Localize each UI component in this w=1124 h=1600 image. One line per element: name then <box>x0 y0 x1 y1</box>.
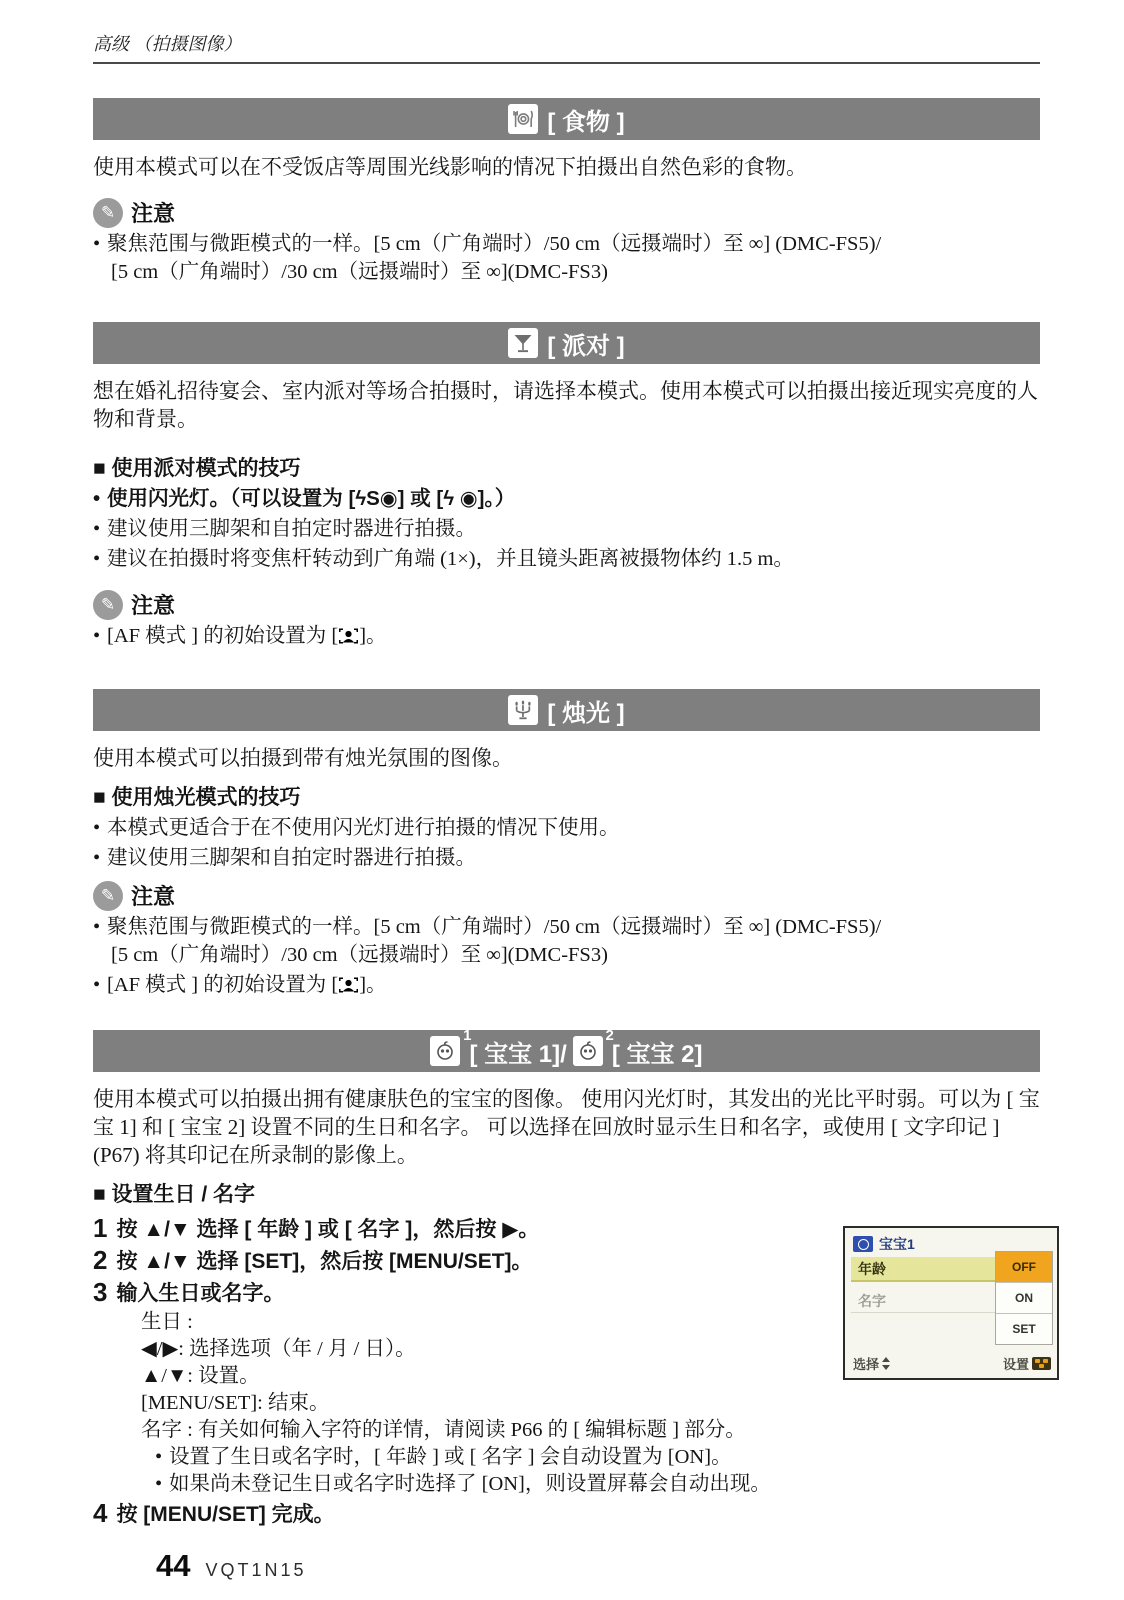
page-header: 高级 （拍摄图像） <box>93 0 1040 56</box>
party-intro: 想在婚礼招待宴会、室内派对等场合拍摄时，请选择本模式。使用本模式可以拍摄出接近现… <box>93 377 1040 433</box>
note-title: 注意 <box>131 589 175 620</box>
note-bullet-af-mode: [AF 模式 ] 的初始设置为 []。 <box>93 971 1040 1002</box>
page-number: 44 <box>156 1548 190 1584</box>
camera-screen-title: 宝宝1 <box>853 1234 915 1254</box>
food-intro: 使用本模式可以在不受饭店等周围光线影响的情况下拍摄出自然色彩的食物。 <box>93 153 1040 181</box>
note-header: ✎ 注意 <box>93 197 1040 228</box>
candle-tip-noflash: 本模式更适合于在不使用闪光灯进行拍摄的情况下使用。 <box>93 814 1040 842</box>
doc-code: VQT1N15 <box>205 1560 306 1581</box>
section-banner-baby: 1 [ 宝宝 1]/ 2 [ 宝宝 2] <box>93 1030 1040 1072</box>
camera-row-name: 名字 <box>851 1289 997 1313</box>
party-tips-title: 使用派对模式的技巧 <box>93 455 1040 483</box>
baby1-icon-small <box>853 1236 873 1252</box>
camera-options-panel: OFF ON SET <box>995 1251 1053 1345</box>
banner-title-baby2: [ 宝宝 2] <box>612 1034 703 1069</box>
section-banner-party: [ 派对 ] <box>93 322 1040 364</box>
set-hint: 设置 <box>1003 1354 1051 1373</box>
menu-set-button-icon <box>1032 1357 1051 1370</box>
party-tip-flash: 使用闪光灯。（可以设置为 [ϟS◉] 或 [ϟ ◉]。） <box>93 485 1040 513</box>
manual-page: 高级 （拍摄图像） [ 食物 ] 使用本模式可以在不受饭店等周围光线影响的情况下… <box>93 0 1040 1584</box>
cocktail-glass-icon <box>508 328 538 358</box>
banner-title-food: [ 食物 ] <box>547 102 624 137</box>
substep-menuset: [MENU/SET]: 结束。 <box>141 1390 1040 1417</box>
face-detection-icon <box>338 974 359 1002</box>
pencil-icon: ✎ <box>93 590 123 620</box>
substep-bullet-auto-on: 设置了生日或名字时，[ 年龄 ] 或 [ 名字 ] 会自动设置为 [ON]。 <box>155 1444 1040 1471</box>
candle-tip-tripod: 建议使用三脚架和自拍定时器进行拍摄。 <box>93 844 1040 872</box>
banner-title-party: [ 派对 ] <box>547 326 624 361</box>
party-tip-zoom: 建议在拍摄时将变焦杆转动到广角端 (1×)，并且镜头距离被摄物体约 1.5 m。 <box>93 545 1040 573</box>
baby1-icon: 1 <box>430 1036 460 1066</box>
fork-plate-knife-icon <box>508 104 538 134</box>
page-footer: 44 VQT1N15 <box>156 1548 1040 1584</box>
camera-row-age: 年龄 <box>851 1257 997 1282</box>
note-title: 注意 <box>131 197 175 228</box>
banner-title-candle: [ 烛光 ] <box>547 693 624 728</box>
option-on: ON <box>996 1282 1052 1313</box>
pencil-icon: ✎ <box>93 881 123 911</box>
select-hint: 选择 <box>853 1354 890 1373</box>
camera-footer: 选择 设置 <box>853 1354 1051 1373</box>
substep-name-note: 名字 : 有关如何输入字符的详情，请阅读 P66 的 [ 编辑标题 ] 部分。 <box>141 1417 1040 1444</box>
candle-intro: 使用本模式可以拍摄到带有烛光氛围的图像。 <box>93 744 1040 772</box>
step-4: 4按 [MENU/SET] 完成。 <box>93 1498 1040 1530</box>
baby-setup-steps: 1按 ▲/▼ 选择 [ 年龄 ] 或 [ 名字 ]，然后按 ▶。 2按 ▲/▼ … <box>93 1213 1040 1530</box>
note-bullet-focus-range: 聚焦范围与微距模式的一样。[5 cm（广角端时）/50 cm（远摄端时）至 ∞]… <box>93 230 1040 286</box>
option-off: OFF <box>996 1252 1052 1282</box>
baby-intro: 使用本模式可以拍摄出拥有健康肤色的宝宝的图像。 使用闪光灯时，其发出的光比平时弱… <box>93 1085 1040 1169</box>
candle-tips-title: 使用烛光模式的技巧 <box>93 784 1040 812</box>
face-detection-icon <box>338 625 359 653</box>
note-header: ✎ 注意 <box>93 880 1040 911</box>
section-banner-food: [ 食物 ] <box>93 98 1040 140</box>
up-down-arrows-icon <box>882 1357 890 1370</box>
camera-menu-screenshot: 宝宝1 年龄 名字 OFF ON SET 选择 设置 <box>843 1226 1059 1380</box>
pencil-icon: ✎ <box>93 198 123 228</box>
note-bullet-af-mode: [AF 模式 ] 的初始设置为 []。 <box>93 622 1040 653</box>
baby-setup-title: 设置生日 / 名字 <box>93 1181 1040 1209</box>
party-tip-tripod: 建议使用三脚架和自拍定时器进行拍摄。 <box>93 515 1040 543</box>
note-bullet-focus-range: 聚焦范围与微距模式的一样。[5 cm（广角端时）/50 cm（远摄端时）至 ∞]… <box>93 913 1040 969</box>
substep-bullet-screen-appears: 如果尚未登记生日或名字时选择了 [ON]，则设置屏幕会自动出现。 <box>155 1471 1040 1498</box>
note-title: 注意 <box>131 880 175 911</box>
candelabra-icon <box>508 695 538 725</box>
baby2-icon: 2 <box>573 1036 603 1066</box>
banner-title-baby1: [ 宝宝 1]/ <box>469 1034 566 1069</box>
note-header: ✎ 注意 <box>93 589 1040 620</box>
option-set: SET <box>996 1313 1052 1344</box>
section-banner-candle: [ 烛光 ] <box>93 689 1040 731</box>
header-rule <box>93 62 1040 64</box>
baby1-superscript: 1 <box>463 1027 471 1044</box>
baby2-superscript: 2 <box>605 1027 613 1044</box>
